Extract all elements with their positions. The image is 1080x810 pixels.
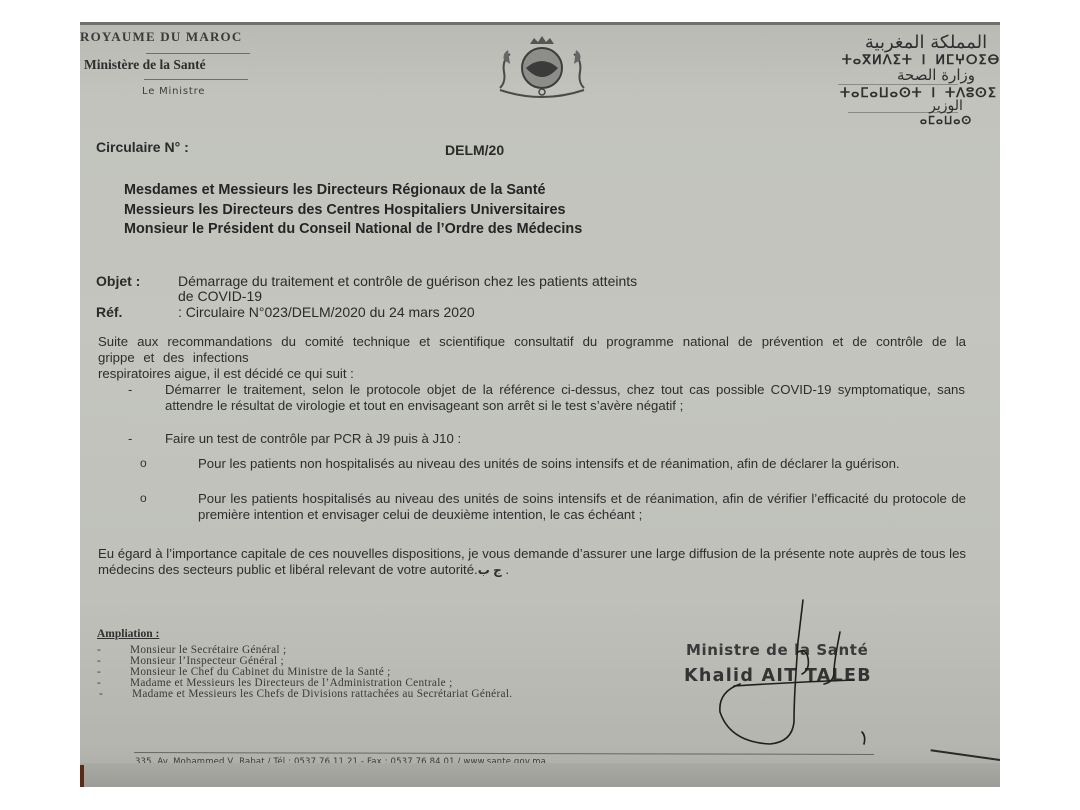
closing-end: . xyxy=(502,562,509,577)
closing-paragraph: Eu égard à l’importance capitale de ces … xyxy=(98,546,966,579)
signatory-name: Khalid AIT TALEB xyxy=(684,666,872,686)
circulaire-label: Circulaire N° : xyxy=(96,139,189,155)
reference-text: : Circulaire N°023/DELM/2020 du 24 mars … xyxy=(178,304,475,320)
bullet-marker: - xyxy=(128,431,132,446)
office-arabic: الوزير xyxy=(886,98,1000,114)
office-tifinagh: ⴰⵎⴰⵡⴰⵙ xyxy=(886,114,1000,127)
sub-bullet-marker: o xyxy=(140,456,147,470)
closing-text: Eu égard à l’importance capitale de ces … xyxy=(98,546,966,577)
signatory-role: Ministre de la Santé xyxy=(686,641,868,659)
kingdom-arabic: المملكة المغربية xyxy=(846,32,1000,53)
intro-text-last: respiratoires aigue, il est décidé ce qu… xyxy=(98,366,354,381)
addressee: Mesdames et Messieurs les Directeurs Rég… xyxy=(124,182,546,198)
handwritten-note: ج ب xyxy=(478,563,502,577)
sub-bullet-marker: o xyxy=(140,491,147,505)
addressee: Messieurs les Directeurs des Centres Hos… xyxy=(124,202,566,218)
bullet-marker: - xyxy=(128,382,132,397)
document-photo: ROYAUME DU MAROC Ministère de la Santé L… xyxy=(80,22,1000,787)
objet-label: Objet : xyxy=(96,273,140,289)
ministry-arabic: وزارة الصحة xyxy=(866,66,1000,84)
circulaire-number: DELM/20 xyxy=(445,142,504,158)
objet-text: Démarrage du traitement et contrôle de g… xyxy=(178,273,637,289)
office-heading: Le Ministre xyxy=(142,86,205,97)
header-divider xyxy=(838,84,958,85)
ampliation-title: Ampliation : xyxy=(97,628,159,640)
sub-bullet-item: Pour les patients non hospitalisés au ni… xyxy=(198,456,966,472)
header-divider xyxy=(146,53,250,54)
coat-of-arms-icon xyxy=(490,32,594,104)
kingdom-heading: ROYAUME DU MAROC xyxy=(80,29,242,45)
header-divider xyxy=(144,79,248,80)
addressee: Monsieur le Président du Conseil Nationa… xyxy=(124,221,582,237)
bullet-item: Faire un test de contrôle par PCR à J9 p… xyxy=(165,431,965,447)
photo-edge-stroke xyxy=(931,749,1000,761)
reference-label: Réf. xyxy=(96,304,122,320)
intro-paragraph: Suite aux recommandations du comité tech… xyxy=(98,334,966,381)
intro-text: Suite aux recommandations du comité tech… xyxy=(98,334,966,365)
photo-edge-shadow xyxy=(80,765,84,787)
sub-bullet-item: Pour les patients hospitalisés au niveau… xyxy=(198,491,966,522)
footer-divider xyxy=(134,752,874,755)
bullet-item: Démarrer le traitement, selon le protoco… xyxy=(165,382,965,413)
objet-text-continued: de COVID-19 xyxy=(178,288,262,304)
ministry-heading: Ministère de la Santé xyxy=(84,57,206,73)
footer-address: 335, Av. Mohammed V, Rabat / Tél : 0537 … xyxy=(135,757,546,767)
ampliation-item: -Madame et Messieurs les Chefs de Divisi… xyxy=(99,688,512,700)
